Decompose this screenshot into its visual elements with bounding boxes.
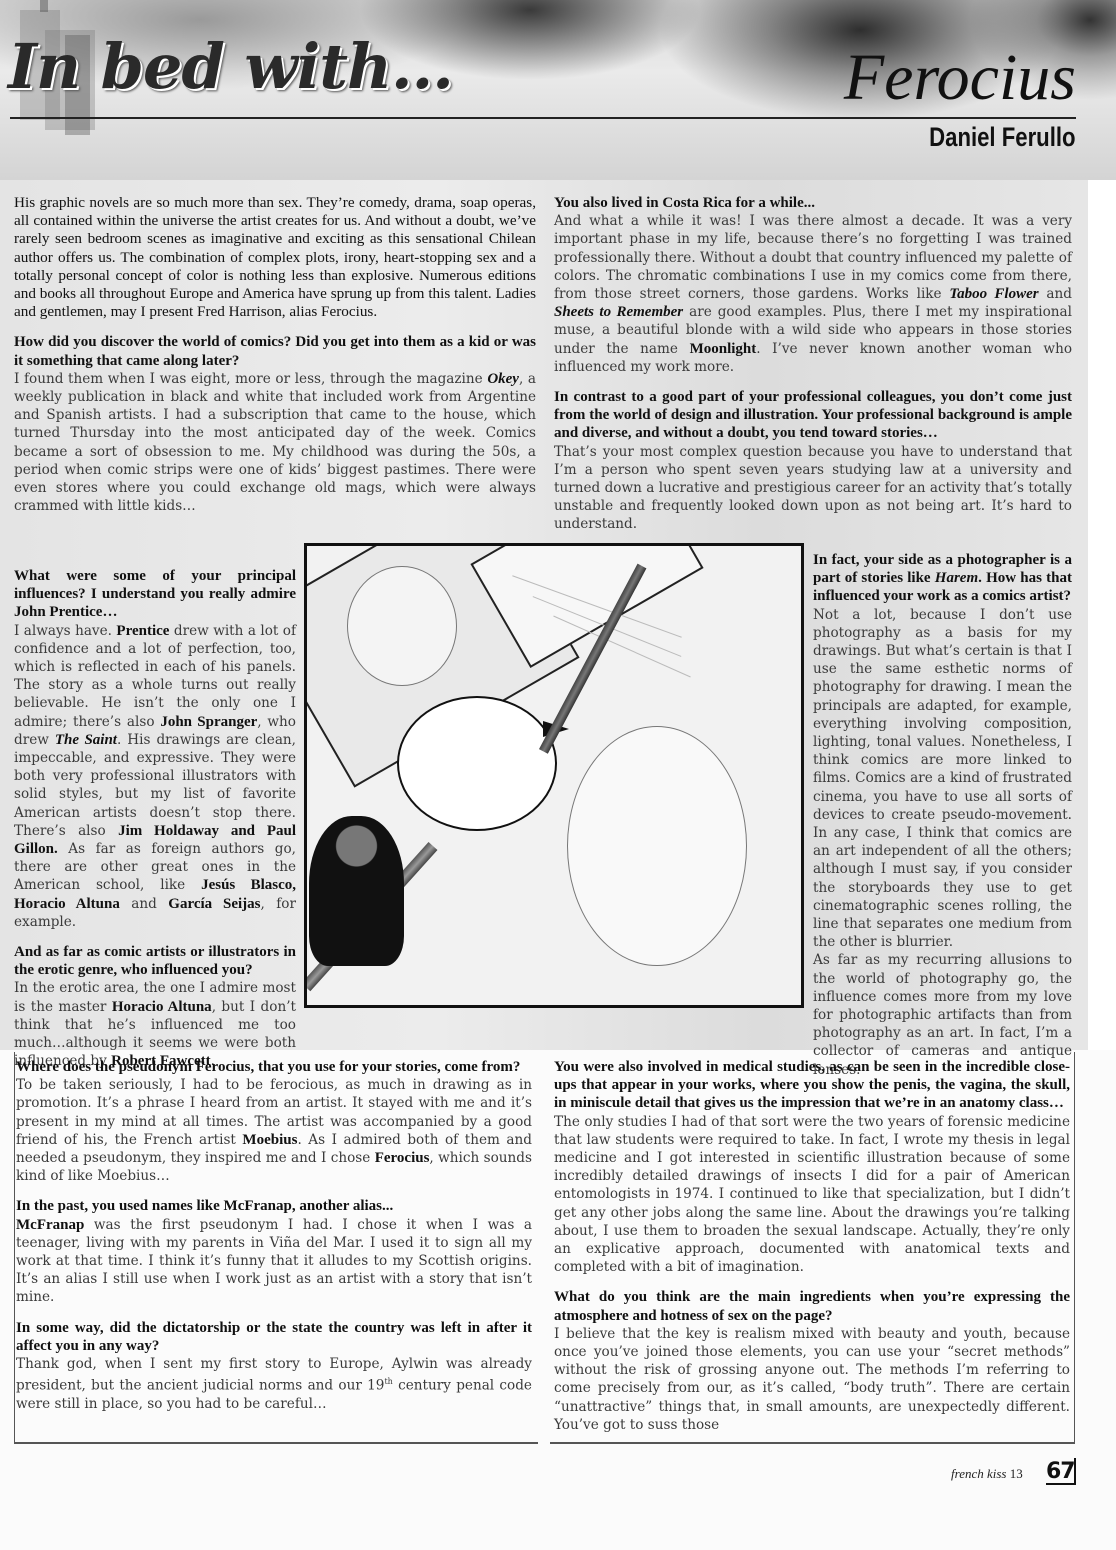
question: What do you think are the main ingredien… (554, 1288, 1070, 1324)
question: In contrast to a good part of your profe… (554, 388, 1072, 443)
answer: The only studies I had of that sort were… (554, 1113, 1070, 1277)
title-okey: Okey (487, 371, 519, 387)
question: In fact, your side as a photographer is … (813, 551, 1072, 606)
page-corner-mark (1046, 1483, 1076, 1485)
article-header: In bed with... Ferocius Daniel Ferullo (0, 0, 1116, 180)
decorative-square (40, 0, 48, 12)
speech-bubble (397, 696, 557, 831)
comic-illustration (304, 543, 804, 1008)
publication-name: french kiss 13 (951, 1466, 1023, 1482)
author-byline: Daniel Ferullo (930, 122, 1076, 153)
page-number: 67 (1046, 1459, 1075, 1484)
left-column-top: His graphic novels are so much more than… (14, 194, 536, 515)
answer: Not a lot, because I don’t use photograp… (813, 606, 1072, 952)
title-in-bed-with: In bed with... (8, 30, 453, 103)
right-column-top: You also lived in Costa Rica for a while… (554, 194, 1072, 534)
answer: To be taken seriously, I had to be feroc… (16, 1076, 532, 1185)
right-column-middle: In fact, your side as a photographer is … (813, 551, 1072, 1079)
lower-left-column: Where does the pseudonym Ferocius, that … (16, 1058, 532, 1413)
left-column-middle: What were some of your principal influen… (14, 567, 296, 1070)
question: How did you discover the world of comics… (14, 333, 536, 369)
answer: I always have. Prentice drew with a lot … (14, 622, 296, 931)
answer: Thank god, when I sent my first story to… (16, 1355, 532, 1413)
answer: And what a while it was! I was there alm… (554, 212, 1072, 376)
answer: McFranap was the first pseudonym I had. … (16, 1216, 532, 1307)
issue-number: 13 (1010, 1466, 1023, 1481)
lower-right-column: You were also involved in medical studie… (554, 1058, 1070, 1434)
question: In some way, did the dictatorship or the… (16, 1319, 532, 1355)
question: Where does the pseudonym Ferocius, that … (16, 1058, 532, 1076)
question: You were also involved in medical studie… (554, 1058, 1070, 1113)
ink-bottle-icon (309, 816, 404, 966)
question: In the past, you used names like McFrana… (16, 1197, 532, 1215)
title-ferocius: Ferocius (844, 40, 1076, 116)
answer: That’s your most complex question becaus… (554, 443, 1072, 534)
question: What were some of your principal influen… (14, 567, 296, 622)
title-divider (10, 117, 1076, 119)
page-corner-mark (1074, 1458, 1076, 1484)
right-margin (1088, 180, 1116, 1050)
answer: I believe that the key is realism mixed … (554, 1325, 1070, 1434)
answer: I found them when I was eight, more or l… (14, 370, 536, 516)
sketch-figure (347, 566, 457, 686)
question: You also lived in Costa Rica for a while… (554, 194, 1072, 212)
sketch-figure (567, 726, 747, 966)
intro-paragraph: His graphic novels are so much more than… (14, 194, 536, 321)
question: And as far as comic artists or illustrat… (14, 943, 296, 979)
